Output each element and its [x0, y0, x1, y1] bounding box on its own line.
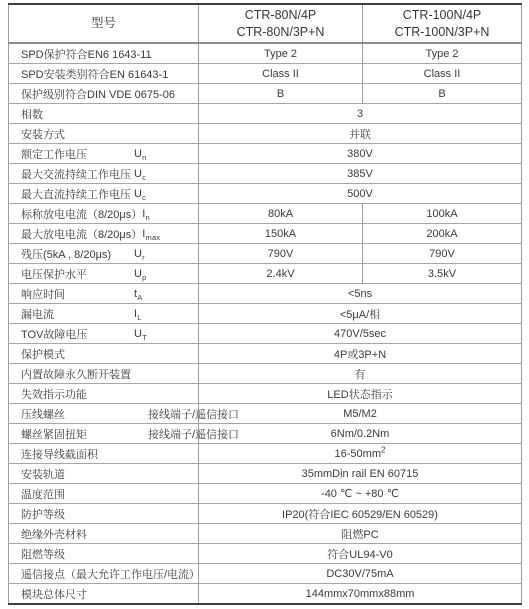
row-value-product-b: 790V	[363, 244, 522, 264]
row-label-cell: 阻燃等级	[9, 544, 199, 564]
row-label: 螺丝紧固扭矩	[21, 426, 134, 442]
spec-row: 安装方式并联	[9, 124, 522, 144]
spec-row: 螺丝紧固扭矩接线端子/遥信接口6Nm/0.2Nm	[9, 424, 522, 444]
spec-row: 连接导线截面积16-50mm2	[9, 444, 522, 464]
row-label-cell: 最大放电电流（8/20μs）Imax	[9, 224, 199, 244]
row-label-cell: 绝缘外壳材料	[9, 524, 199, 544]
row-label-cell: 漏电流IL	[9, 304, 199, 324]
row-label: 最大交流持续工作电压	[21, 166, 134, 182]
row-value-span: 4P或3P+N	[199, 344, 522, 364]
spec-row: SPD保护符合EN6 1643-11Type 2Type 2	[9, 43, 522, 64]
spec-table: 型号 CTR-80N/4P CTR-80N/3P+N CTR-100N/4P C…	[8, 3, 522, 605]
row-value-product-a: 80kA	[199, 204, 363, 224]
spec-table-header: 型号 CTR-80N/4P CTR-80N/3P+N CTR-100N/4P C…	[9, 4, 522, 43]
spec-row: 最大交流持续工作电压Uc385V	[9, 164, 522, 184]
row-value-span: 144mmx70mmx88mm	[199, 584, 522, 605]
row-label: 温度范围	[21, 486, 134, 502]
spec-row: 保护模式4P或3P+N	[9, 344, 522, 364]
spec-row: 失效指示功能LED状态指示	[9, 384, 522, 404]
row-label: 内置故障永久断开装置	[21, 366, 134, 382]
row-value-product-a: Type 2	[199, 43, 363, 64]
spec-row: 绝缘外壳材料阻燃PC	[9, 524, 522, 544]
model-label: 型号	[91, 16, 116, 30]
row-symbol: Uc	[134, 168, 146, 180]
row-label-cell: 温度范围	[9, 484, 199, 504]
row-value-span: <5μA/相	[199, 304, 522, 324]
row-value-span: -40 ℃ ~ +80 ℃	[199, 484, 522, 504]
row-label: 额定工作电压	[21, 146, 134, 162]
row-label-cell: 最大直流持续工作电压Uc	[9, 184, 199, 204]
row-value-product-b: B	[363, 84, 522, 104]
spec-row: 温度范围-40 ℃ ~ +80 ℃	[9, 484, 522, 504]
row-label-cell: 安装轨道	[9, 464, 199, 484]
row-value-span: 35mmDin rail EN 60715	[199, 464, 522, 484]
product-a-header-cell: CTR-80N/4P CTR-80N/3P+N	[199, 4, 363, 43]
row-label-cell: 压线螺丝接线端子/遥信接口	[9, 404, 199, 424]
spec-row: 残压(5kA , 8/20μs)Ur790V790V	[9, 244, 522, 264]
row-label: 最大放电电流（8/20μs）	[21, 226, 142, 242]
spec-row: 压线螺丝接线端子/遥信接口M5/M2	[9, 404, 522, 424]
row-label-cell: 标称放电电流（8/20μs）In	[9, 204, 199, 224]
row-value-span: 16-50mm2	[199, 444, 522, 464]
row-label: 失效指示功能	[21, 386, 134, 402]
header-row: 型号 CTR-80N/4P CTR-80N/3P+N CTR-100N/4P C…	[9, 4, 522, 43]
row-label-cell: 最大交流持续工作电压Uc	[9, 164, 199, 184]
row-value-product-b: 200kA	[363, 224, 522, 244]
model-header-cell: 型号	[9, 4, 199, 43]
product-a-name-line2: CTR-80N/3P+N	[199, 24, 362, 41]
row-label-cell: SPD保护符合EN6 1643-11	[9, 43, 199, 64]
row-label-cell: 额定工作电压Un	[9, 144, 199, 164]
row-symbol: Uc	[134, 188, 146, 200]
row-value-span: IP20(符合IEC 60529/EN 60529)	[199, 504, 522, 524]
row-symbol: In	[142, 208, 150, 220]
row-value-product-a: 790V	[199, 244, 363, 264]
product-b-name-line1: CTR-100N/4P	[363, 7, 521, 24]
row-symbol: IL	[134, 308, 142, 320]
spec-row: 标称放电电流（8/20μs）In80kA100kA	[9, 204, 522, 224]
row-label-cell: TOV故障电压UT	[9, 324, 199, 344]
row-label: 残压(5kA , 8/20μs)	[21, 246, 134, 262]
row-label-cell: 防护等级	[9, 504, 199, 524]
row-symbol: Up	[134, 268, 147, 280]
row-label: 遥信接点（最大允许工作电压/电流）	[21, 566, 200, 582]
row-sublabel: 接线端子/遥信接口	[148, 426, 239, 442]
row-value-span: 385V	[199, 164, 522, 184]
row-value-span: 阻燃PC	[199, 524, 522, 544]
row-symbol: UT	[134, 328, 147, 340]
row-label: 标称放电电流（8/20μs）	[21, 206, 142, 222]
row-label: 保护级别符合DIN VDE 0675-06	[21, 86, 175, 102]
product-b-header-cell: CTR-100N/4P CTR-100N/3P+N	[363, 4, 522, 43]
row-label-cell: 响应时间tA	[9, 284, 199, 304]
row-label: 连接导线截面积	[21, 446, 134, 462]
spec-table-body: SPD保护符合EN6 1643-11Type 2Type 2SPD安装类别符合E…	[9, 43, 522, 604]
row-value-span: 380V	[199, 144, 522, 164]
row-value-span: 6Nm/0.2Nm	[199, 424, 522, 444]
spec-row: 模块总体尺寸144mmx70mmx88mm	[9, 584, 522, 605]
row-value-product-a: 2.4kV	[199, 264, 363, 284]
row-value-span: M5/M2	[199, 404, 522, 424]
row-label: TOV故障电压	[21, 326, 134, 342]
spec-row: 阻燃等级符合UL94-V0	[9, 544, 522, 564]
row-sublabel: 接线端子/遥信接口	[148, 406, 239, 422]
row-value-product-b: Class II	[363, 64, 522, 84]
row-label: 安装轨道	[21, 466, 134, 482]
product-b-name-line2: CTR-100N/3P+N	[363, 24, 521, 41]
row-value-span: 3	[199, 104, 522, 124]
row-value-product-b: 3.5kV	[363, 264, 522, 284]
row-value-span: 符合UL94-V0	[199, 544, 522, 564]
row-label: 绝缘外壳材料	[21, 526, 134, 542]
spec-row: TOV故障电压UT470V/5sec	[9, 324, 522, 344]
spec-row: 防护等级IP20(符合IEC 60529/EN 60529)	[9, 504, 522, 524]
spec-row: 遥信接点（最大允许工作电压/电流）DC30V/75mA	[9, 564, 522, 584]
row-value-product-a: B	[199, 84, 363, 104]
row-label-cell: SPD安装类别符合EN 61643-1	[9, 64, 199, 84]
row-label: 漏电流	[21, 306, 134, 322]
spec-sheet-page: 型号 CTR-80N/4P CTR-80N/3P+N CTR-100N/4P C…	[0, 0, 529, 609]
row-label: 相数	[21, 106, 134, 122]
row-label-cell: 内置故障永久断开装置	[9, 364, 199, 384]
row-symbol: Ur	[134, 248, 145, 260]
row-label: 压线螺丝	[21, 406, 134, 422]
row-label: 最大直流持续工作电压	[21, 186, 134, 202]
spec-row: 响应时间tA<5ns	[9, 284, 522, 304]
row-label: 电压保护水平	[21, 266, 134, 282]
row-value-product-b: Type 2	[363, 43, 522, 64]
row-label-cell: 安装方式	[9, 124, 199, 144]
row-value-product-a: 150kA	[199, 224, 363, 244]
row-value-product-b: 100kA	[363, 204, 522, 224]
row-value-span: 有	[199, 364, 522, 384]
product-a-name-line1: CTR-80N/4P	[199, 7, 362, 24]
row-symbol: tA	[134, 288, 142, 300]
spec-row: 相数3	[9, 104, 522, 124]
spec-row: 内置故障永久断开装置有	[9, 364, 522, 384]
row-label-cell: 连接导线截面积	[9, 444, 199, 464]
row-value-span: <5ns	[199, 284, 522, 304]
row-label: 响应时间	[21, 286, 134, 302]
row-label: 阻燃等级	[21, 546, 134, 562]
row-label-cell: 保护模式	[9, 344, 199, 364]
row-label: SPD安装类别符合EN 61643-1	[21, 66, 168, 82]
row-label: 模块总体尺寸	[21, 586, 134, 602]
row-label-cell: 失效指示功能	[9, 384, 199, 404]
row-symbol: Un	[134, 148, 147, 160]
spec-row: 电压保护水平Up2.4kV3.5kV	[9, 264, 522, 284]
row-label: 保护模式	[21, 346, 134, 362]
row-value-product-a: Class II	[199, 64, 363, 84]
row-value-span: 并联	[199, 124, 522, 144]
row-label-cell: 相数	[9, 104, 199, 124]
row-label-cell: 残压(5kA , 8/20μs)Ur	[9, 244, 199, 264]
row-symbol: Imax	[142, 228, 160, 240]
row-value-span: 500V	[199, 184, 522, 204]
row-label-cell: 螺丝紧固扭矩接线端子/遥信接口	[9, 424, 199, 444]
row-label: SPD保护符合EN6 1643-11	[21, 46, 152, 62]
row-label: 安装方式	[21, 126, 134, 142]
spec-row: 最大直流持续工作电压Uc500V	[9, 184, 522, 204]
row-value-span: 470V/5sec	[199, 324, 522, 344]
spec-row: 安装轨道35mmDin rail EN 60715	[9, 464, 522, 484]
row-value-span: LED状态指示	[199, 384, 522, 404]
row-label: 防护等级	[21, 506, 134, 522]
row-label-cell: 保护级别符合DIN VDE 0675-06	[9, 84, 199, 104]
row-label-cell: 电压保护水平Up	[9, 264, 199, 284]
spec-row: SPD安装类别符合EN 61643-1Class IIClass II	[9, 64, 522, 84]
row-label-cell: 遥信接点（最大允许工作电压/电流）	[9, 564, 199, 584]
spec-row: 最大放电电流（8/20μs）Imax150kA200kA	[9, 224, 522, 244]
row-value-span: DC30V/75mA	[199, 564, 522, 584]
spec-row: 额定工作电压Un380V	[9, 144, 522, 164]
spec-row: 保护级别符合DIN VDE 0675-06BB	[9, 84, 522, 104]
row-label-cell: 模块总体尺寸	[9, 584, 199, 605]
spec-row: 漏电流IL<5μA/相	[9, 304, 522, 324]
